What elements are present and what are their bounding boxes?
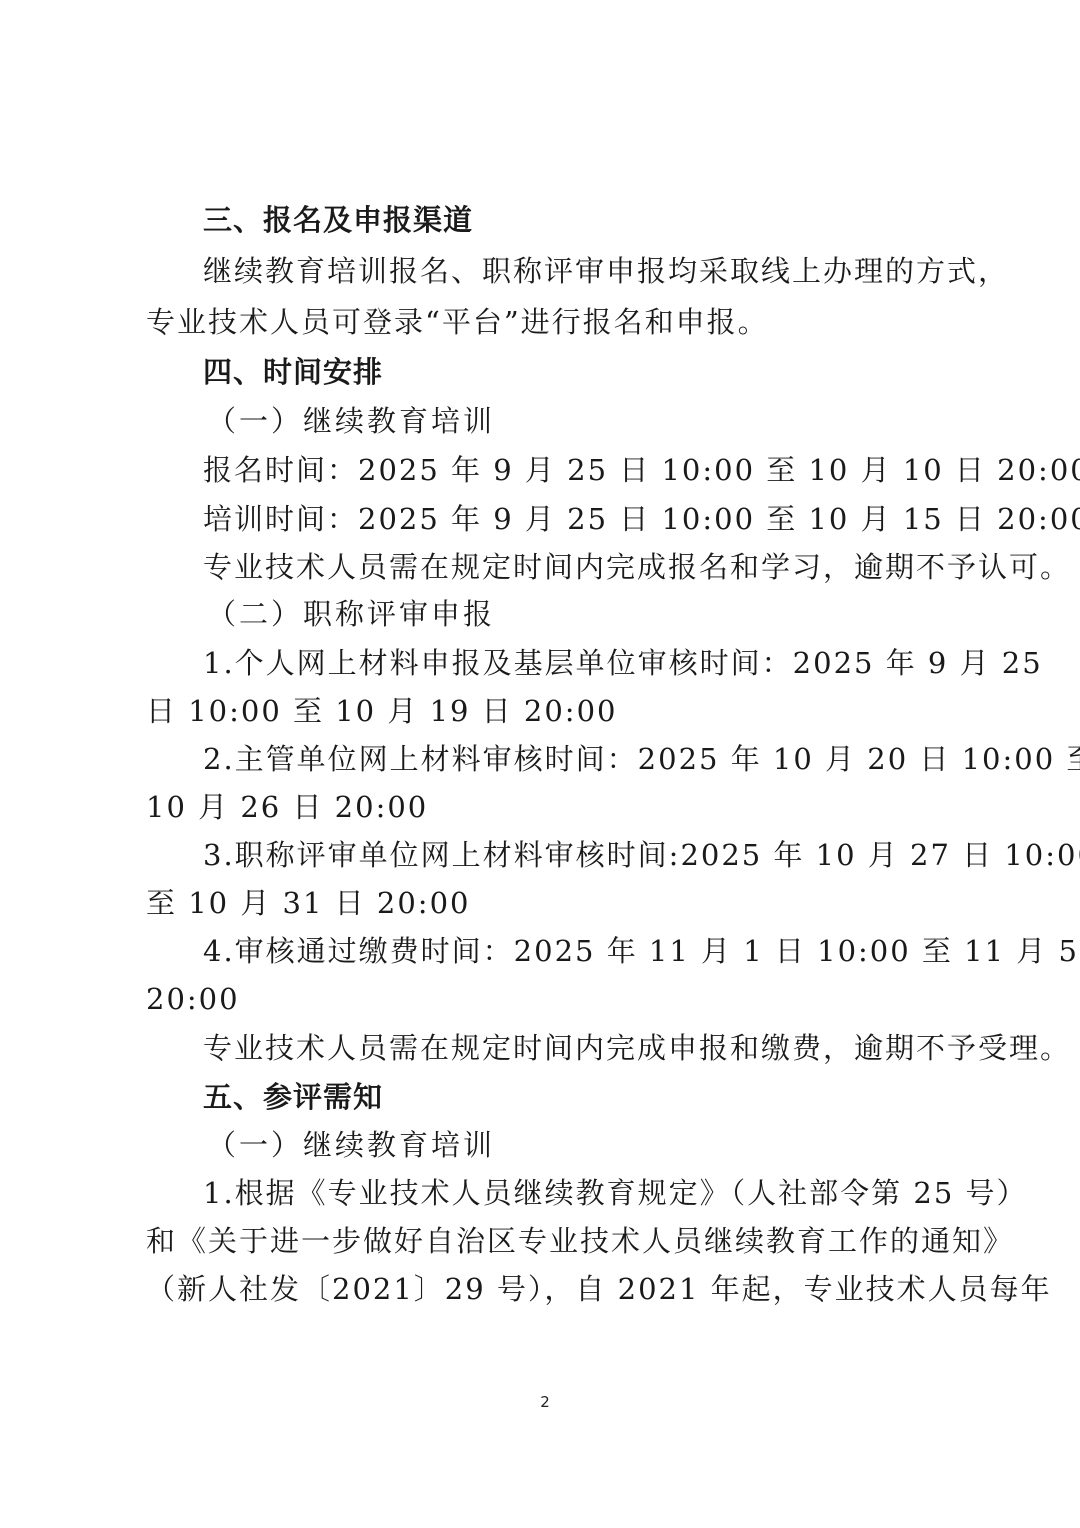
page-number: 2 (0, 1393, 1080, 1411)
paragraph-line: （新人社发〔2021〕29 号），自 2021 年起，专业技术人员每年 (146, 1269, 976, 1309)
list-item-1-cont: 日 10:00 至 10 月 19 日 20:00 (146, 691, 976, 731)
section-heading-registration-channels: 三、报名及申报渠道 (203, 200, 1033, 240)
list-item-1: 1.根据《专业技术人员继续教育规定》（人社部令第 25 号） (203, 1173, 1033, 1213)
subsection-heading-title-review: （二）职称评审申报 (207, 594, 1037, 634)
list-item-2-cont: 10 月 26 日 20:00 (146, 787, 976, 827)
document-page: 三、报名及申报渠道 继续教育培训报名、职称评审申报均采取线上办理的方式， 专业技… (0, 0, 1080, 1528)
list-item-3-cont: 至 10 月 31 日 20:00 (146, 883, 976, 923)
list-item-2: 2.主管单位网上材料审核时间：2025 年 10 月 20 日 10:00 至 (203, 739, 1033, 779)
registration-time-line: 报名时间：2025 年 9 月 25 日 10:00 至 10 月 10 日 2… (203, 450, 1033, 490)
section-heading-notice: 五、参评需知 (203, 1077, 1033, 1117)
list-item-3: 3.职称评审单位网上材料审核时间:2025 年 10 月 27 日 10:00 (203, 835, 1033, 875)
section-heading-schedule: 四、时间安排 (203, 352, 1033, 392)
training-time-line: 培训时间：2025 年 9 月 25 日 10:00 至 10 月 15 日 2… (203, 499, 1033, 539)
paragraph-line: 和《关于进一步做好自治区专业技术人员继续教育工作的通知》 (146, 1221, 976, 1261)
subsection-heading-continuing-education: （一）继续教育培训 (207, 1125, 1037, 1165)
paragraph-line: 专业技术人员需在规定时间内完成申报和缴费，逾期不予受理。 (203, 1028, 1033, 1068)
paragraph-line: 专业技术人员可登录“平台”进行报名和申报。 (146, 302, 976, 342)
list-item-4-cont: 20:00 (146, 979, 976, 1019)
list-item-4: 4.审核通过缴费时间：2025 年 11 月 1 日 10:00 至 11 月 … (203, 931, 1033, 971)
subsection-heading-continuing-education: （一）继续教育培训 (207, 401, 1037, 441)
paragraph-line: 专业技术人员需在规定时间内完成报名和学习，逾期不予认可。 (203, 547, 1033, 587)
paragraph-line: 继续教育培训报名、职称评审申报均采取线上办理的方式， (203, 251, 1033, 291)
list-item-1: 1.个人网上材料申报及基层单位审核时间：2025 年 9 月 25 (203, 643, 1033, 683)
